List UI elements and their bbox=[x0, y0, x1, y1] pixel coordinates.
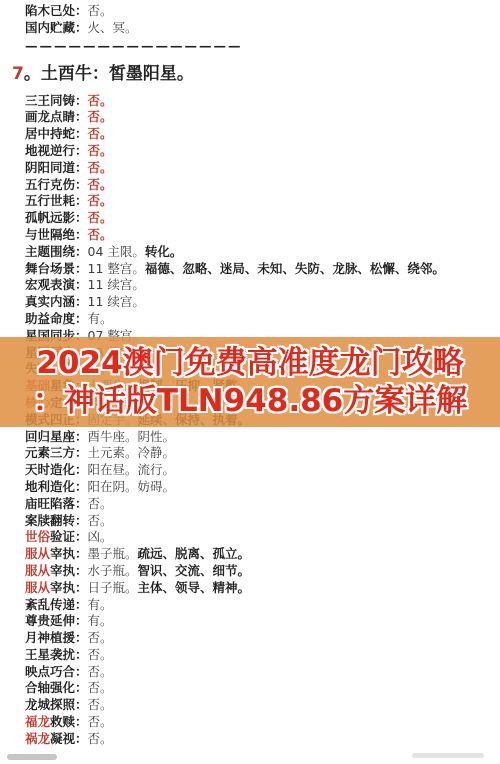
row-label: 王星袭扰： bbox=[25, 647, 88, 662]
section-heading: 7。土酉牛：皙墨阳星。 bbox=[12, 63, 500, 86]
row-label: 地利造化： bbox=[25, 479, 88, 494]
report-row: 庙旺陷落：否。 bbox=[25, 496, 500, 513]
promo-overlay-line2: ：神话版TLN948.86方案详解 bbox=[33, 382, 467, 420]
row-label: 居中持蛇： bbox=[25, 126, 88, 141]
promo-overlay-banner: 2024澳门免费高准度龙门攻略 ：神话版TLN948.86方案详解 bbox=[0, 337, 500, 427]
row-label: 福龙 bbox=[25, 714, 50, 729]
row-label: 合轴强化： bbox=[25, 680, 88, 695]
report-row: 国内贮藏：火、冥。 bbox=[25, 20, 500, 37]
row-label: 主题围绕： bbox=[25, 244, 88, 259]
row-value: 04 主限。 bbox=[88, 244, 145, 259]
row-value: 否。 bbox=[88, 210, 113, 225]
row-value: 主体、领导、精神。 bbox=[138, 580, 251, 595]
row-label: 案牍翻转： bbox=[25, 513, 88, 528]
row-label: 元素三方： bbox=[25, 445, 88, 460]
row-label: 宰执： bbox=[50, 563, 88, 578]
row-label: 三王同铸： bbox=[25, 93, 88, 108]
row-value: 酉牛座。阴性。 bbox=[88, 429, 176, 444]
row-value: 11 整宫。 bbox=[88, 261, 145, 276]
row-label: 画龙点睛： bbox=[25, 109, 88, 124]
row-label: 回归星座： bbox=[25, 429, 88, 444]
row-value: 墨子瓶。 bbox=[88, 546, 138, 561]
row-value: 否。 bbox=[88, 143, 113, 158]
row-value: 水子瓶。 bbox=[88, 563, 138, 578]
report-row: 主题围绕：04 主限。转化。 bbox=[25, 244, 500, 261]
report-row: 案牍翻转：否。 bbox=[25, 513, 500, 530]
report-row: 月神植援：否。 bbox=[25, 630, 500, 647]
report-row: 与世隔绝：否。 bbox=[25, 227, 500, 244]
row-label: 服从 bbox=[25, 563, 50, 578]
promo-overlay-line1: 2024澳门免费高准度龙门攻略 bbox=[36, 344, 463, 382]
row-label: 助益命度： bbox=[25, 311, 88, 326]
report-row: 紊乱传递：有。 bbox=[25, 597, 500, 614]
row-value: 否。 bbox=[88, 177, 113, 192]
row-value: 有。 bbox=[88, 613, 113, 628]
report-row: 孤帆远影：否。 bbox=[25, 210, 500, 227]
report-row: 陷木已处：否。 bbox=[25, 3, 500, 20]
row-value: 凶。 bbox=[88, 529, 113, 544]
report-row: 王星袭扰：否。 bbox=[25, 647, 500, 664]
row-value: 否。 bbox=[88, 513, 113, 528]
report-row: 元素三方：土元素。冷静。 bbox=[25, 445, 500, 462]
report-row: 服从宰执：日子瓶。主体、领导、精神。 bbox=[25, 580, 500, 597]
row-label: 宰执： bbox=[50, 546, 88, 561]
report-row: 居中持蛇：否。 bbox=[25, 126, 500, 143]
row-value: 转化。 bbox=[145, 244, 183, 259]
report-row: 服从宰执：水子瓶。智识、交流、细节。 bbox=[25, 563, 500, 580]
report-row: 舞台场景：11 整宫。福德、忽略、迷局、未知、失防、龙脉、松懈、绕邻。 bbox=[25, 261, 500, 278]
row-label: 天时造化： bbox=[25, 462, 88, 477]
report-row: 宏观表演：11 续宫。 bbox=[25, 277, 500, 294]
row-label: 与世隔绝： bbox=[25, 227, 88, 242]
row-label: 服从 bbox=[25, 546, 50, 561]
section-divider: ——————————————— bbox=[25, 37, 255, 54]
row-label: 五行克伤： bbox=[25, 177, 88, 192]
row-label: 验证： bbox=[50, 529, 88, 544]
report-row: 回归星座：酉牛座。阴性。 bbox=[25, 429, 500, 446]
report-row: 映点巧合：否。 bbox=[25, 664, 500, 681]
row-label: 祸龙 bbox=[25, 731, 50, 746]
row-value: 否。 bbox=[88, 647, 113, 662]
row-value: 否。 bbox=[88, 714, 113, 729]
report-row: 画龙点睛：否。 bbox=[25, 109, 500, 126]
row-value: 智识、交流、细节。 bbox=[138, 563, 251, 578]
report-row: 阴阳同道：否。 bbox=[25, 160, 500, 177]
row-value: 否。 bbox=[88, 126, 113, 141]
report-row: 地利造化：阳在阴。妨碍。 bbox=[25, 479, 500, 496]
row-value: 否。 bbox=[88, 193, 113, 208]
row-label: 舞台场景： bbox=[25, 261, 88, 276]
row-value: 否。 bbox=[88, 93, 113, 108]
row-value: 否。 bbox=[88, 3, 113, 18]
row-value: 否。 bbox=[88, 731, 113, 746]
report-row: 合轴强化：否。 bbox=[25, 680, 500, 697]
row-value: 日子瓶。 bbox=[88, 580, 138, 595]
report-row: 福龙救赎：否。 bbox=[25, 714, 500, 731]
row-label: 国内贮藏： bbox=[25, 20, 88, 35]
row-value: 11 续宫。 bbox=[88, 294, 145, 309]
report-row: 三王同铸：否。 bbox=[25, 93, 500, 110]
row-value: 否。 bbox=[88, 680, 113, 695]
report-rows-top: 陷木已处：否。国内贮藏：火、冥。 bbox=[0, 0, 500, 37]
astrology-report-page: 陷木已处：否。国内贮藏：火、冥。 ——————————————— 7。土酉牛：皙… bbox=[0, 0, 500, 764]
row-value: 否。 bbox=[88, 630, 113, 645]
row-value: 有。 bbox=[88, 597, 113, 612]
row-label: 尊贵延伸： bbox=[25, 613, 88, 628]
row-label: 宏观表演： bbox=[25, 277, 88, 292]
row-value: 否。 bbox=[88, 109, 113, 124]
row-label: 凝视： bbox=[50, 731, 88, 746]
row-label: 服从 bbox=[25, 580, 50, 595]
report-row: 祸龙凝视：否。 bbox=[25, 731, 500, 748]
row-value: 土元素。冷静。 bbox=[88, 445, 176, 460]
row-value: 福德、忽略、迷局、未知、失防、龙脉、松懈、绕邻。 bbox=[145, 261, 445, 276]
row-label: 阴阳同道： bbox=[25, 160, 88, 175]
row-value: 否。 bbox=[88, 496, 113, 511]
report-row: 龙城探照：否。 bbox=[25, 697, 500, 714]
row-value: 否。 bbox=[88, 160, 113, 175]
report-row: 世俗验证：凶。 bbox=[25, 529, 500, 546]
row-label: 世俗 bbox=[25, 529, 50, 544]
row-value: 有。 bbox=[88, 311, 113, 326]
row-label: 孤帆远影： bbox=[25, 210, 88, 225]
row-value: 阳在阴。妨碍。 bbox=[88, 479, 176, 494]
report-row: 五行世耗：否。 bbox=[25, 193, 500, 210]
row-value: 否。 bbox=[88, 697, 113, 712]
row-label: 映点巧合： bbox=[25, 664, 88, 679]
row-label: 宰执： bbox=[50, 580, 88, 595]
row-label: 紊乱传递： bbox=[25, 597, 88, 612]
row-label: 真实内涵： bbox=[25, 294, 88, 309]
row-label: 救赎： bbox=[50, 714, 88, 729]
report-row: 五行克伤：否。 bbox=[25, 177, 500, 194]
row-value: 火、冥。 bbox=[88, 20, 138, 35]
report-row: 尊贵延伸：有。 bbox=[25, 613, 500, 630]
section-number: 7 bbox=[12, 64, 24, 84]
row-value: 阳在昼。流行。 bbox=[88, 462, 176, 477]
row-label: 陷木已处： bbox=[25, 3, 88, 18]
row-value: 否。 bbox=[88, 664, 113, 679]
report-row: 真实内涵：11 续宫。 bbox=[25, 294, 500, 311]
scrollbar-track-right[interactable] bbox=[412, 753, 484, 758]
report-row: 地视逆行：否。 bbox=[25, 143, 500, 160]
row-label: 五行世耗： bbox=[25, 193, 88, 208]
row-value: 疏远、脱离、孤立。 bbox=[138, 546, 251, 561]
report-row: 助益命度：有。 bbox=[25, 311, 500, 328]
report-row: 天时造化：阳在昼。流行。 bbox=[25, 462, 500, 479]
row-label: 龙城探照： bbox=[25, 697, 88, 712]
row-value: 11 续宫。 bbox=[88, 277, 145, 292]
section-title: 。土酉牛：皙墨阳星。 bbox=[24, 64, 194, 84]
row-value: 否。 bbox=[88, 227, 113, 242]
row-label: 月神植援： bbox=[25, 630, 88, 645]
row-label: 地视逆行： bbox=[25, 143, 88, 158]
report-row: 服从宰执：墨子瓶。疏远、脱离、孤立。 bbox=[25, 546, 500, 563]
scrollbar-thumb-left[interactable] bbox=[7, 754, 57, 760]
row-label: 庙旺陷落： bbox=[25, 496, 88, 511]
